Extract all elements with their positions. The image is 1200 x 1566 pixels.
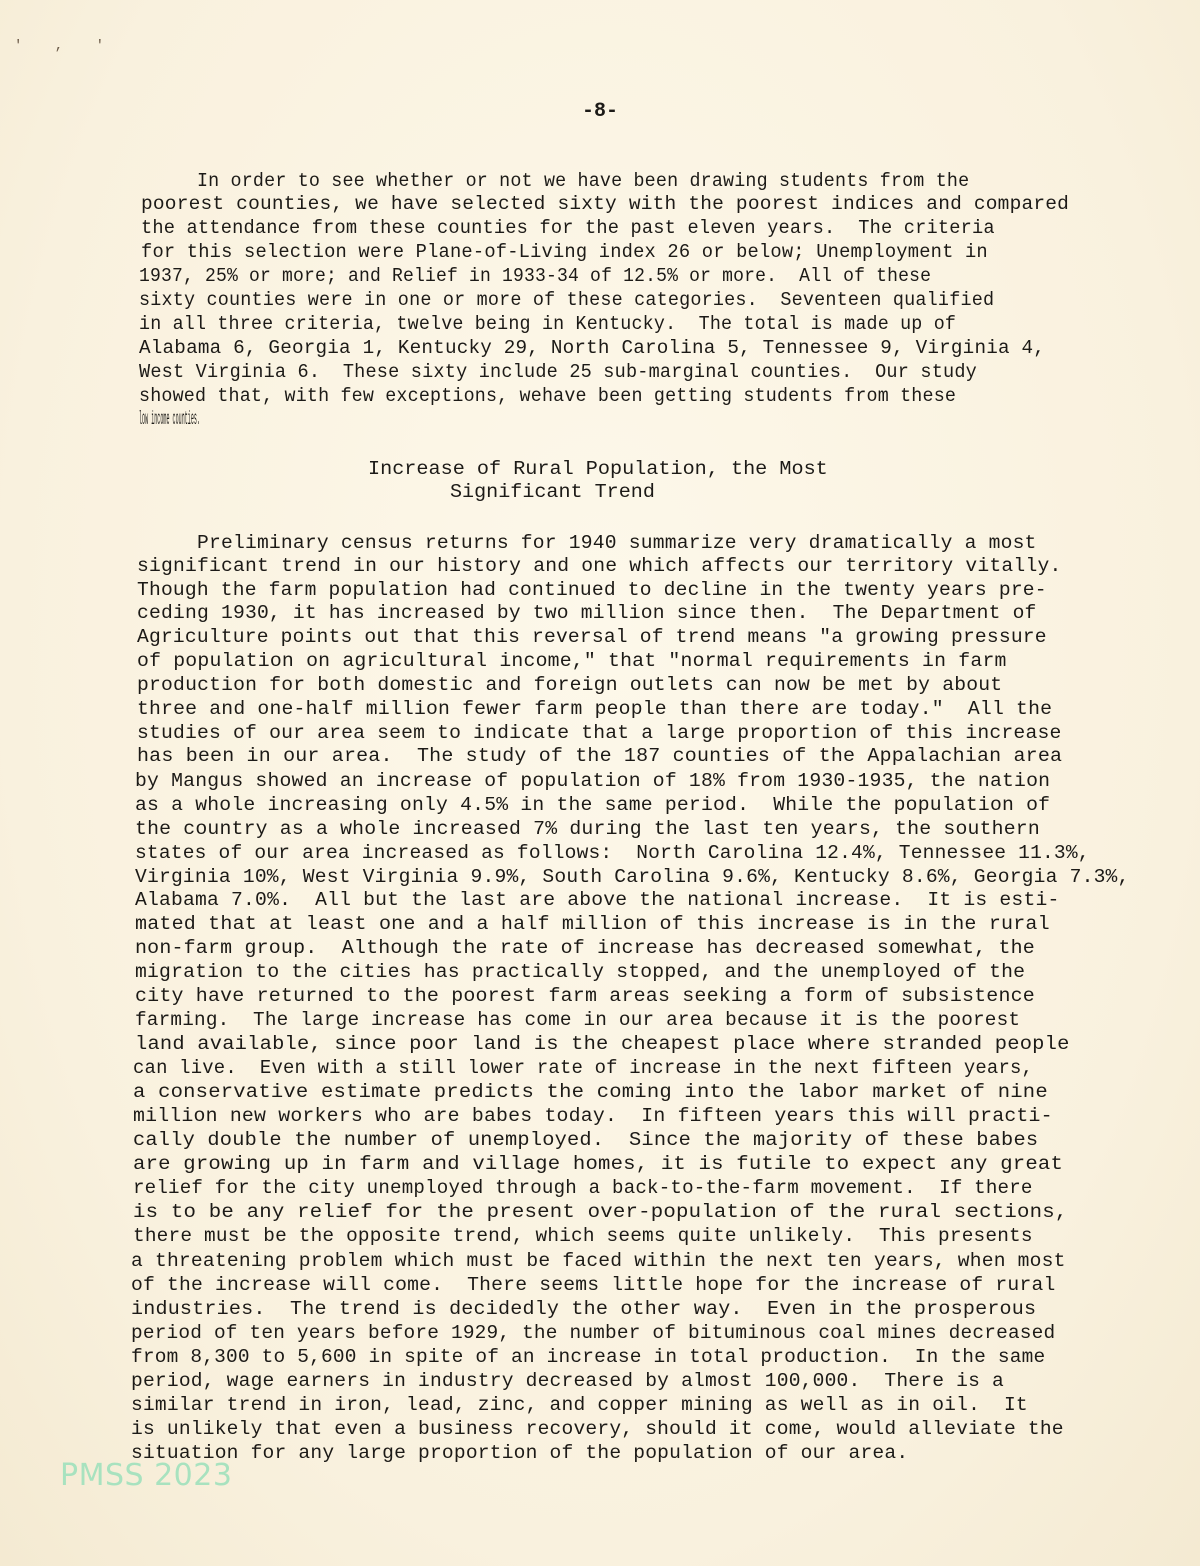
text-line: mated that at least one and a half milli… <box>135 913 1050 936</box>
heading-line-2: Significant Trend <box>450 481 655 504</box>
text-line: as a whole increasing only 4.5% in the s… <box>135 794 1050 817</box>
text-line: land available, since poor land is the c… <box>135 1033 1070 1056</box>
text-line: ceding 1930, it has increased by two mil… <box>137 602 1037 625</box>
text-line: there must be the opposite trend, which … <box>133 1225 1033 1248</box>
text-line: the attendance from these counties for t… <box>141 217 1036 240</box>
text-line: for this selection were Plane-of-Living … <box>141 241 1041 264</box>
pmss-watermark: PMSS 2023 <box>60 1458 232 1493</box>
text-line: states of our area increased as follows:… <box>135 842 1090 865</box>
text-line: West Virginia 6. These sixty include 25 … <box>139 361 1029 384</box>
text-line: non-farm group. Although the rate of inc… <box>135 937 1035 960</box>
text-line: Alabama 6, Georgia 1, Kentucky 29, North… <box>139 337 1064 360</box>
text-line: Virginia 10%, West Virginia 9.9%, South … <box>135 866 1130 889</box>
text-line: of the increase will come. There seems l… <box>131 1274 1055 1297</box>
text-line: industries. The trend is decidedly the o… <box>131 1298 1036 1321</box>
text-line: poorest counties, we have selected sixty… <box>141 193 1076 216</box>
text-line: a conservative estimate predicts the com… <box>133 1081 1048 1104</box>
text-line: sixty counties were in one or more of th… <box>139 289 1024 312</box>
text-line: are growing up in farm and village homes… <box>133 1153 1063 1176</box>
text-line: In order to see whether or not we have b… <box>141 170 1021 193</box>
text-line: in all three criteria, twelve being in K… <box>139 313 1019 336</box>
text-line: period of ten years before 1929, the num… <box>131 1322 1055 1345</box>
text-line: Preliminary census returns for 1940 summ… <box>137 532 1037 555</box>
text-line: significant trend in our history and one… <box>137 555 1061 578</box>
text-line: farming. The large increase has come in … <box>135 1009 1020 1032</box>
text-line: similar trend in iron, lead, zinc, and c… <box>131 1394 1028 1417</box>
text-line: migration to the cities has practically … <box>135 961 1025 984</box>
text-line: from 8,300 to 5,600 in spite of an incre… <box>131 1346 1045 1369</box>
text-line: a threatening problem which must be face… <box>131 1250 1066 1273</box>
text-line: cally double the number of unemployed. S… <box>133 1129 1038 1152</box>
text-line: relief for the city unemployed through a… <box>133 1177 1033 1200</box>
text-line: 1937, 25% or more; and Relief in 1933-34… <box>139 265 1004 288</box>
text-line: million new workers who are babes today.… <box>133 1105 1053 1128</box>
text-line: by Mangus showed an increase of populati… <box>135 770 1050 793</box>
text-line: situation for any large proportion of th… <box>131 1442 908 1465</box>
text-line: showed that, with few exceptions, wehave… <box>139 385 1019 408</box>
text-line: Alabama 7.0%. All but the last are above… <box>135 889 1059 912</box>
text-line: has been in our area. The study of the 1… <box>137 745 1062 768</box>
text-line: production for both domestic and foreign… <box>137 674 1002 697</box>
text-line: the country as a whole increased 7% duri… <box>135 818 1040 841</box>
text-line: Agriculture points out that this reversa… <box>137 626 1047 649</box>
text-line: three and one-half million fewer farm pe… <box>137 698 1052 721</box>
text-line: period, wage earners in industry decreas… <box>131 1370 1004 1393</box>
page-number: -8- <box>0 100 1200 123</box>
heading-line-1: Increase of Rural Population, the Most <box>368 458 828 481</box>
typewritten-page: ' , ' -8- In order to see whether or not… <box>0 0 1200 1566</box>
text-line: studies of our area seem to indicate tha… <box>137 722 1061 745</box>
text-line: is to be any relief for the present over… <box>133 1201 1067 1224</box>
text-line: of population on agricultural income," t… <box>137 650 1007 673</box>
text-line: Though the farm population had continued… <box>137 579 1047 602</box>
corner-marks: ' , ' <box>14 38 116 54</box>
text-line: city have returned to the poorest farm a… <box>135 985 1035 1008</box>
text-line: can live. Even with a still lower rate o… <box>133 1057 1033 1080</box>
text-line: low income counties. <box>139 408 379 431</box>
text-line: is unlikely that even a business recover… <box>131 1418 1064 1441</box>
